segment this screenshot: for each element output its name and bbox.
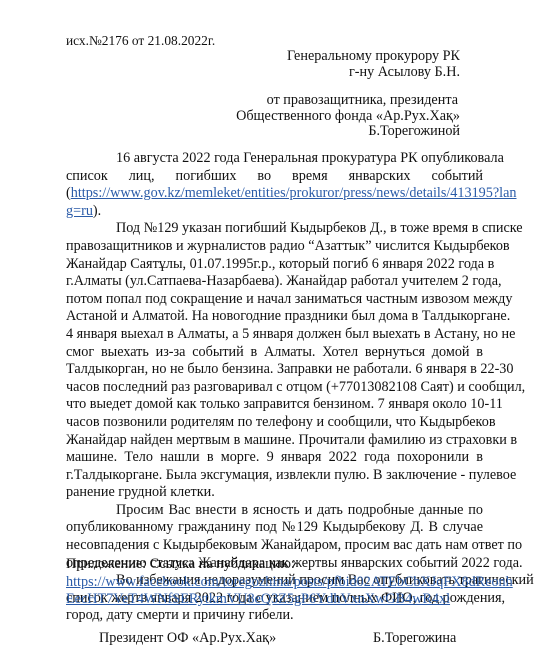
- body-line: 16 августа 2022 года Генеральная прокура…: [66, 150, 483, 168]
- body-line: Под №129 указан погибший Кыдырбеков Д., …: [66, 220, 483, 238]
- body-line: потом попал под сокращение и начал заним…: [66, 291, 483, 309]
- body-line: g=ru).: [66, 203, 483, 221]
- body-line: г.Талдыкоргане. Была эксгумация, извлекл…: [66, 467, 483, 485]
- facebook-link-line-2[interactable]: EecHT7VeT4WNfSERytkmVU8eQ3Z5gP6YdhVxnXwG…: [66, 591, 450, 607]
- body-line: ранение грудной клетки.: [66, 484, 483, 502]
- signature-name: Б.Торегожина: [373, 630, 456, 646]
- annex-label: Приложение: Ссылка на публикацию:: [66, 556, 513, 574]
- body-line: смог выехать из-за событий в Алматы. Хот…: [66, 344, 483, 362]
- body-line: опубликованному гражданину под №129 Кыды…: [66, 519, 483, 537]
- body-line: Жанайдар Саятұлы, 01.07.1995г.р., которы…: [66, 256, 483, 274]
- signature-title: Президент ОФ «Ар.Рух.Хақ»: [99, 630, 276, 646]
- sender-line-2: Общественного фонда «Ар.Рух.Хақ»: [236, 108, 460, 124]
- sender-line-3: Б.Торегожиной: [368, 123, 460, 139]
- facebook-link-line-1[interactable]: https://www.facebook.com/toregozhina/pos…: [66, 574, 513, 590]
- body-line: Жанайдар найден мертвым в машине. Прочит…: [66, 432, 483, 450]
- outgoing-reference: исх.№2176 от 21.08.2022г.: [66, 33, 215, 49]
- body-line: что выедет домой как только заправится б…: [66, 396, 483, 414]
- body-line: 4 января выехал в Алматы, а 5 января дол…: [66, 326, 483, 344]
- body-line: часов позвонили родителям по телефону и …: [66, 414, 483, 432]
- body-line: несовпадения с Кыдырбековым Жанайдаром, …: [66, 537, 483, 555]
- prosecutor-office-link[interactable]: g=ru: [66, 203, 93, 219]
- body-line: часов последний раз разговаривал с отцом…: [66, 379, 483, 397]
- prosecutor-office-link[interactable]: https://www.gov.kz/memleket/entities/pro…: [71, 185, 517, 201]
- body-line: правозащитников и журналистов радио “Аза…: [66, 238, 483, 256]
- body-line: город, дату смерти и причину гибели.: [66, 607, 483, 625]
- body-line: г.Алматы (ул.Сатпаева-Назарбаева). Жанай…: [66, 273, 483, 291]
- annex-block: Приложение: Ссылка на публикацию: https:…: [66, 556, 513, 609]
- addressee-line-1: Генеральному прокурору РК: [287, 48, 460, 64]
- body-line: Просим Вас внести в ясность и дать подро…: [66, 502, 483, 520]
- addressee-line-2: г-ну Асылову Б.Н.: [349, 64, 460, 80]
- body-line: Астаной и Алматой. На новогодние праздни…: [66, 308, 483, 326]
- letter-body: 16 августа 2022 года Генеральная прокура…: [66, 150, 483, 625]
- body-line: список лиц, погибших во время январских …: [66, 168, 483, 186]
- body-line: Талдыкорган, но не было бензина. Заправк…: [66, 361, 483, 379]
- sender-line-1: от правозащитника, президента: [267, 92, 458, 108]
- body-line: (https://www.gov.kz/memleket/entities/pr…: [66, 185, 483, 203]
- body-line: машине. Тело нашли в морге. 9 января 202…: [66, 449, 483, 467]
